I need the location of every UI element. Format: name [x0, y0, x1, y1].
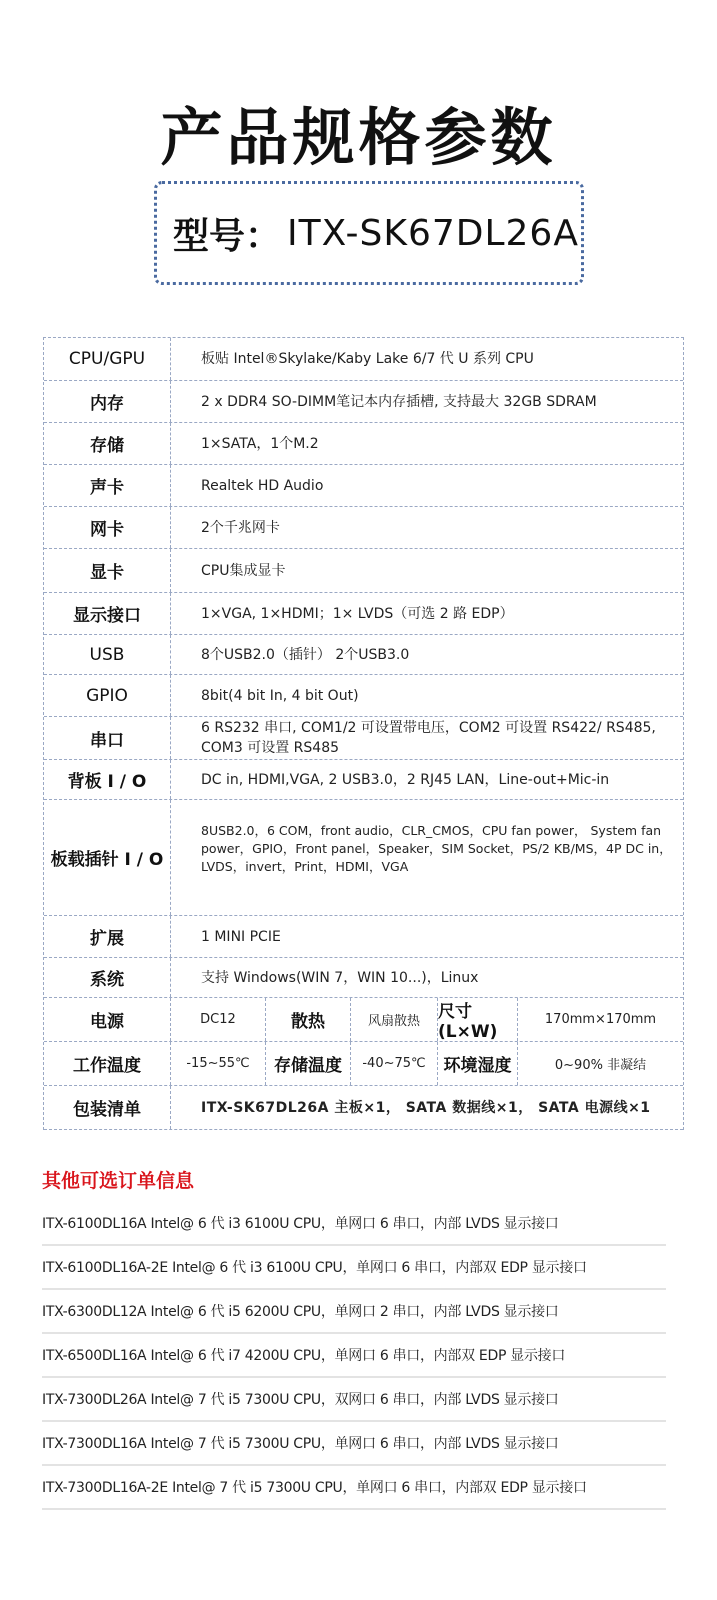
spec-row-temp-humidity: 工作温度 -15~55℃ 存储温度 -40~75℃ 环境湿度 0~90% 非凝结 — [44, 1042, 683, 1086]
spec-label: 显卡 — [44, 549, 171, 592]
order-option: ITX-7300DL16A-2E Intel@ 7 代 i5 7300U CPU… — [42, 1466, 666, 1510]
model-number: ITX-SK67DL26A — [287, 213, 579, 254]
spec-row-storage: 存储 1×SATA，1个M.2 — [44, 423, 683, 465]
spec-label: USB — [44, 635, 171, 674]
spec-row-serial: 串口 6 RS232 串口, COM1/2 可设置带电压，COM2 可设置 RS… — [44, 717, 683, 760]
spec-value: 170mm×170mm — [518, 998, 683, 1041]
spec-row-power-cooling-size: 电源 DC12 散热 风扇散热 尺寸(L×W) 170mm×170mm — [44, 998, 683, 1042]
spec-label: 尺寸(L×W) — [438, 998, 518, 1041]
order-option: ITX-6300DL12A Intel@ 6 代 i5 6200U CPU，单网… — [42, 1290, 666, 1334]
spec-value: DC in, HDMI,VGA, 2 USB3.0，2 RJ45 LAN，Lin… — [171, 760, 683, 799]
order-options-list: ITX-6100DL16A Intel@ 6 代 i3 6100U CPU，单网… — [42, 1202, 666, 1510]
spec-value: 8bit(4 bit In, 4 bit Out) — [171, 675, 683, 716]
spec-value: 1×VGA, 1×HDMI；1× LVDS（可选 2 路 EDP） — [171, 593, 683, 634]
spec-row-memory: 内存 2 x DDR4 SO-DIMM笔记本内存插槽, 支持最大 32GB SD… — [44, 381, 683, 423]
order-option: ITX-7300DL26A Intel@ 7 代 i5 7300U CPU，双网… — [42, 1378, 666, 1422]
order-option: ITX-7300DL16A Intel@ 7 代 i5 7300U CPU，单网… — [42, 1422, 666, 1466]
spec-value: -40~75℃ — [351, 1042, 438, 1085]
spec-label: 存储 — [44, 423, 171, 464]
spec-value: 8个USB2.0（插针） 2个USB3.0 — [171, 635, 683, 674]
order-option: ITX-6100DL16A Intel@ 6 代 i3 6100U CPU，单网… — [42, 1202, 666, 1246]
spec-value: ITX-SK67DL26A 主板×1， SATA 数据线×1， SATA 电源线… — [171, 1086, 683, 1129]
spec-label: 内存 — [44, 381, 171, 422]
spec-label: 网卡 — [44, 507, 171, 548]
spec-value: 0~90% 非凝结 — [518, 1042, 683, 1085]
spec-label: 板载插针 I / O — [44, 800, 171, 915]
spec-value: 6 RS232 串口, COM1/2 可设置带电压，COM2 可设置 RS422… — [171, 717, 683, 759]
spec-label: 声卡 — [44, 465, 171, 506]
spec-label: CPU/GPU — [44, 338, 171, 380]
spec-row-network: 网卡 2个千兆网卡 — [44, 507, 683, 549]
spec-row-os: 系统 支持 Windows(WIN 7，WIN 10...)，Linux — [44, 958, 683, 998]
page-title: 产品规格参数 — [0, 88, 717, 177]
spec-value: 2 x DDR4 SO-DIMM笔记本内存插槽, 支持最大 32GB SDRAM — [171, 381, 683, 422]
spec-row-expansion: 扩展 1 MINI PCIE — [44, 916, 683, 958]
spec-label: 包装清单 — [44, 1086, 171, 1129]
spec-row-gpio: GPIO 8bit(4 bit In, 4 bit Out) — [44, 675, 683, 717]
spec-value: 风扇散热 — [351, 998, 438, 1041]
spec-row-onboard-io: 板载插针 I / O 8USB2.0，6 COM，front audio，CLR… — [44, 800, 683, 916]
spec-row-graphics: 显卡 CPU集成显卡 — [44, 549, 683, 593]
spec-row-cpu: CPU/GPU 板贴 Intel®Skylake/Kaby Lake 6/7 代… — [44, 338, 683, 381]
spec-value: 2个千兆网卡 — [171, 507, 683, 548]
spec-table: CPU/GPU 板贴 Intel®Skylake/Kaby Lake 6/7 代… — [43, 337, 684, 1130]
spec-row-usb: USB 8个USB2.0（插针） 2个USB3.0 — [44, 635, 683, 675]
spec-label: 环境湿度 — [438, 1042, 518, 1085]
spec-label: 扩展 — [44, 916, 171, 957]
other-options-title: 其他可选订单信息 — [42, 1166, 194, 1193]
spec-value: CPU集成显卡 — [171, 549, 683, 592]
spec-value: 板贴 Intel®Skylake/Kaby Lake 6/7 代 U 系列 CP… — [171, 338, 683, 380]
spec-value: 支持 Windows(WIN 7，WIN 10...)，Linux — [171, 958, 683, 997]
spec-value: 8USB2.0，6 COM，front audio，CLR_CMOS，CPU f… — [171, 800, 683, 915]
spec-label: 显示接口 — [44, 593, 171, 634]
model-box: 型号： ITX-SK67DL26A — [154, 181, 584, 285]
spec-label: 散热 — [266, 998, 351, 1041]
spec-label: 系统 — [44, 958, 171, 997]
spec-label: 电源 — [44, 998, 171, 1041]
spec-row-display: 显示接口 1×VGA, 1×HDMI；1× LVDS（可选 2 路 EDP） — [44, 593, 683, 635]
spec-value: 1 MINI PCIE — [171, 916, 683, 957]
spec-row-rear-io: 背板 I / O DC in, HDMI,VGA, 2 USB3.0，2 RJ4… — [44, 760, 683, 800]
spec-value: DC12 — [171, 998, 266, 1041]
spec-value: Realtek HD Audio — [171, 465, 683, 506]
order-option: ITX-6500DL16A Intel@ 6 代 i7 4200U CPU，单网… — [42, 1334, 666, 1378]
spec-label: 串口 — [44, 717, 171, 759]
spec-value: 1×SATA，1个M.2 — [171, 423, 683, 464]
model-prefix: 型号： — [173, 208, 281, 259]
spec-label: GPIO — [44, 675, 171, 716]
spec-label: 背板 I / O — [44, 760, 171, 799]
spec-row-packing: 包装清单 ITX-SK67DL26A 主板×1， SATA 数据线×1， SAT… — [44, 1086, 683, 1130]
spec-label: 工作温度 — [44, 1042, 171, 1085]
spec-value: -15~55℃ — [171, 1042, 266, 1085]
spec-row-audio: 声卡 Realtek HD Audio — [44, 465, 683, 507]
order-option: ITX-6100DL16A-2E Intel@ 6 代 i3 6100U CPU… — [42, 1246, 666, 1290]
spec-label: 存储温度 — [266, 1042, 351, 1085]
